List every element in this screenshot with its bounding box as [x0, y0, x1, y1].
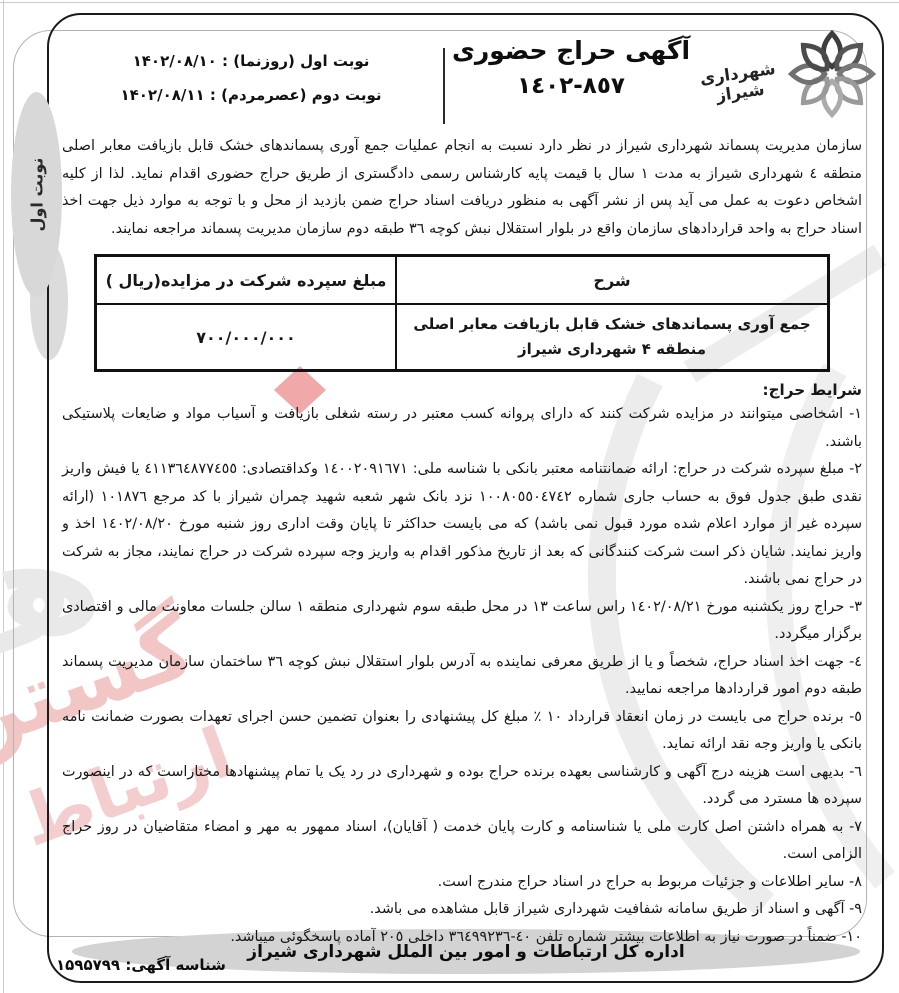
ad-title: آگهی حراج حضوری: [449, 36, 693, 65]
ad-number: ٨٥٧-١٤٠٢: [449, 73, 693, 99]
condition-item-6: ٦- بدیهی است هزینه درج آگهی و کارشناسی ب…: [62, 759, 862, 814]
ad-body: سازمان مدیریت پسماند شهرداری شیراز در نظ…: [62, 133, 862, 951]
side-tab-first-run: نوبت اول: [11, 92, 62, 297]
condition-item-4: ٤- جهت اخذ اسناد حراج، شخصاً و یا از طری…: [62, 649, 862, 704]
description-line1: جمع آوری پسماندهای خشک قابل بازیافت معاب…: [398, 312, 826, 337]
newspaper-ad-page: هزاره گستر ارتباط نوبت اول نوبت اول (روز…: [0, 0, 899, 993]
condition-item-3: ٣- حراج روز یکشنبه مورخ ١٤٠٢/٠٨/٢١ راس س…: [62, 594, 862, 649]
condition-item-9: ٩- آگهی و اسناد از طریق سامانه شفافیت شه…: [62, 896, 862, 924]
condition-item-1: ١- اشخاصی میتوانند در مزایده شرکت کنند ک…: [62, 401, 862, 456]
conditions-heading: شرایط حراج:: [62, 381, 862, 399]
column-header-deposit: مبلغ سپرده شرکت در مزایده(ریال ): [96, 256, 397, 305]
condition-item-5: ٥- برنده حراج می بایست در زمان انعقاد قر…: [62, 704, 862, 759]
publication-date-second: نوبت دوم (عصرمردم) : ۱۴۰۲/۰۸/۱۱: [63, 78, 439, 112]
municipality-name: شهرداری شیراز: [681, 56, 797, 109]
description-line2: منطقه ۴ شهرداری شیراز: [398, 337, 826, 362]
flower-icon: [787, 28, 877, 120]
auction-table-wrapper: شرح مبلغ سپرده شرکت در مزایده(ریال ) جمع…: [94, 254, 830, 372]
ad-title-block: آگهی حراج حضوری ٨٥٧-١٤٠٢: [449, 36, 693, 99]
auction-table: شرح مبلغ سپرده شرکت در مزایده(ریال ) جمع…: [94, 254, 830, 372]
table-header-row: شرح مبلغ سپرده شرکت در مزایده(ریال ): [96, 256, 829, 305]
ad-identifier: شناسه آگهی: ۱۵۹۵۷۹۹: [56, 956, 226, 974]
column-header-description: شرح: [396, 256, 828, 305]
ad-header: نوبت اول (روزنما) : ۱۴۰۲/۰۸/۱۰ نوبت دوم …: [55, 20, 877, 132]
side-tab-label: نوبت اول: [27, 158, 46, 232]
cell-description: جمع آوری پسماندهای خشک قابل بازیافت معاب…: [396, 304, 828, 371]
intro-paragraph: سازمان مدیریت پسماند شهرداری شیراز در نظ…: [62, 133, 862, 243]
condition-item-8: ٨- سایر اطلاعات و جزئیات مربوط به حراج د…: [62, 869, 862, 897]
header-divider: [443, 48, 445, 124]
condition-item-10: ١٠- ضمناً در صورت نیاز به اطلاعات بیشتر …: [62, 924, 862, 952]
municipality-logo: شهرداری شیراز: [683, 20, 877, 130]
condition-item-7: ٧- به همراه داشتن اصل کارت ملی یا شناسنا…: [62, 814, 862, 869]
publication-date-first: نوبت اول (روزنما) : ۱۴۰۲/۰۸/۱۰: [63, 44, 439, 78]
table-row: جمع آوری پسماندهای خشک قابل بازیافت معاب…: [96, 304, 829, 371]
condition-item-2: ٢- مبلغ سپرده شرکت در حراج: ارائه ضمانتن…: [62, 456, 862, 594]
publication-dates: نوبت اول (روزنما) : ۱۴۰۲/۰۸/۱۰ نوبت دوم …: [63, 44, 439, 112]
cell-deposit-amount: ٧٠٠/٠٠٠/٠٠٠: [96, 304, 397, 371]
